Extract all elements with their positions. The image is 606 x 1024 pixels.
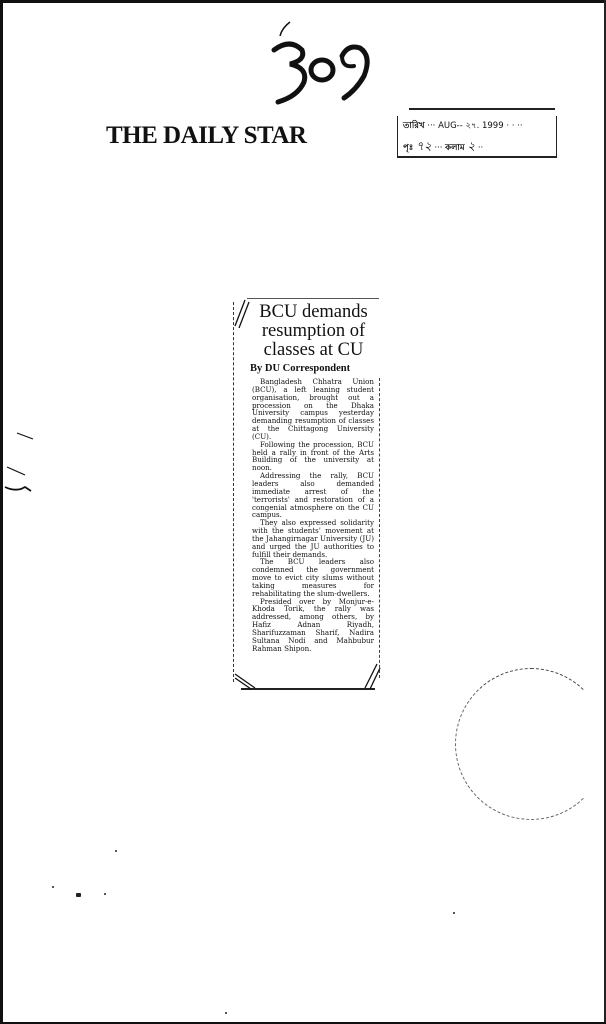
margin-scratch-icon bbox=[3, 425, 43, 505]
article-paragraph: Addressing the rally, BCU leaders also d… bbox=[252, 472, 374, 519]
scan-speck bbox=[225, 1012, 227, 1014]
clipping-right-edge bbox=[379, 378, 381, 678]
news-clipping: BCU demands resumption of classes at CU … bbox=[233, 298, 381, 690]
article-paragraph: Presided over by Monjur-e-Khoda Torik, t… bbox=[252, 598, 374, 653]
handwritten-309-icon bbox=[260, 10, 390, 110]
stamp-date-row: তারিখ ··· AUG-- ২৭. 1999 · · ·· bbox=[403, 119, 523, 133]
article-paragraph: Following the procession, BCU held a ral… bbox=[252, 441, 374, 472]
publication-masthead: THE DAILY STAR bbox=[106, 122, 306, 150]
stamp-top-rule bbox=[409, 108, 555, 110]
scan-speck bbox=[115, 850, 117, 852]
scan-speck bbox=[453, 912, 455, 914]
clipping-left-edge bbox=[233, 302, 235, 682]
cut-mark-bottom-left-icon bbox=[233, 670, 261, 690]
scan-edge-top bbox=[0, 0, 606, 3]
stamp-column-value: ২ bbox=[467, 139, 475, 153]
article-paragraph: They also expressed solidarity with the … bbox=[252, 519, 374, 558]
article-byline: By DU Correspondent bbox=[250, 363, 350, 374]
clipping-top-edge bbox=[247, 298, 379, 299]
stamp-page-row: পৃঃ ৭২ ··· কলাম ২ ·· bbox=[403, 138, 483, 158]
archive-stamp: তারিখ ··· AUG-- ২৭. 1999 · · ·· পৃঃ ৭২ ·… bbox=[397, 108, 557, 156]
stamp-box: তারিখ ··· AUG-- ২৭. 1999 · · ·· পৃঃ ৭২ ·… bbox=[397, 116, 557, 158]
handwritten-page-number bbox=[260, 10, 390, 110]
scan-speck bbox=[104, 893, 106, 895]
article-headline: BCU demands resumption of classes at CU bbox=[251, 303, 376, 360]
article-paragraph: Bangladesh Chhatra Union (BCU), a left l… bbox=[252, 378, 374, 441]
stamp-page-value: ৭২ bbox=[416, 139, 432, 153]
article-paragraph: The BCU leaders also condemned the gover… bbox=[252, 558, 374, 597]
stamp-date-label: তারিখ bbox=[403, 121, 425, 131]
scan-speck bbox=[76, 893, 81, 897]
scan-edge-left bbox=[0, 0, 3, 1024]
cut-mark-bottom-right-icon bbox=[361, 662, 381, 690]
article-body: Bangladesh Chhatra Union (BCU), a left l… bbox=[252, 378, 374, 653]
scan-speck bbox=[52, 886, 54, 888]
binder-hole-mark bbox=[455, 668, 606, 820]
cut-mark-top-left-icon bbox=[233, 298, 253, 328]
clipping-bottom-edge bbox=[241, 688, 375, 690]
stamp-page-label: পৃঃ bbox=[403, 143, 413, 153]
scanned-page: THE DAILY STAR তারিখ ··· AUG-- ২৭. 1999 … bbox=[0, 0, 606, 1024]
stamp-column-label: কলাম bbox=[445, 143, 464, 153]
stamp-date-value: AUG-- ২৭. 1999 bbox=[438, 121, 504, 131]
